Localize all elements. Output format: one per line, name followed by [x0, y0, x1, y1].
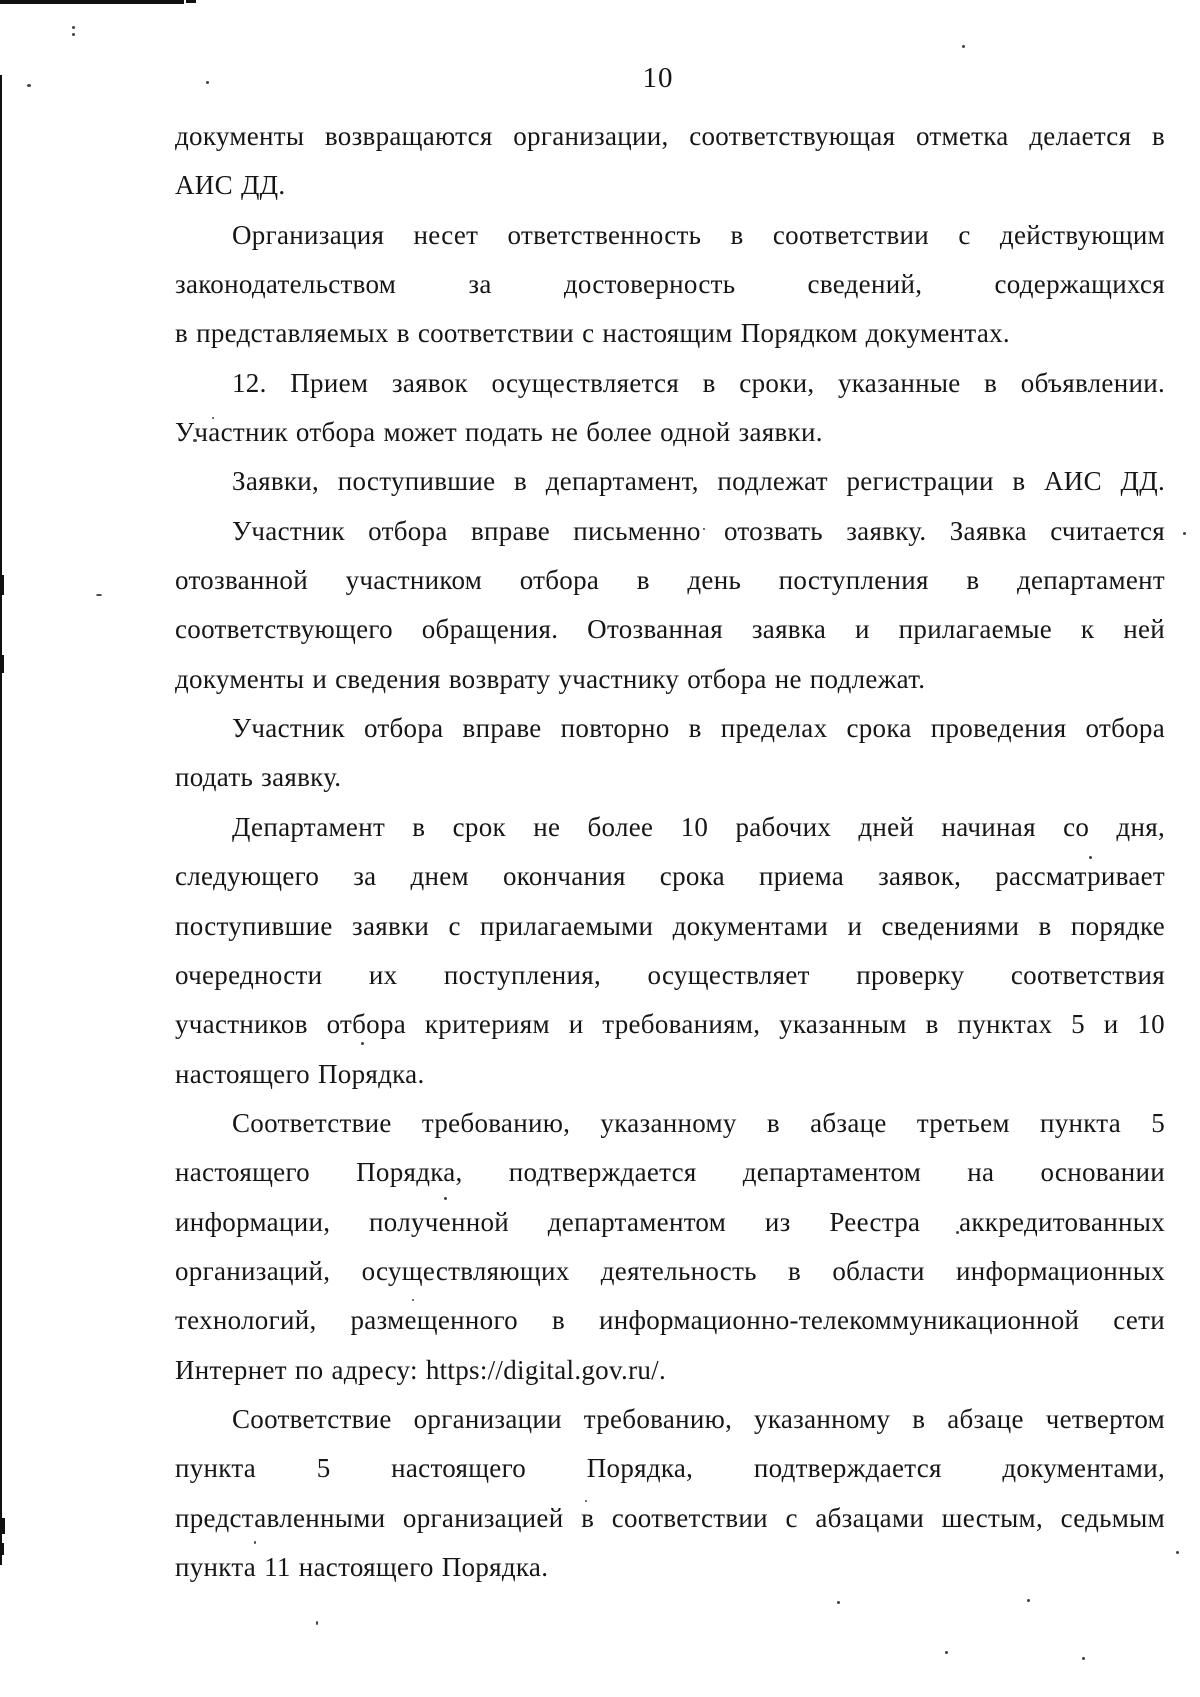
- scan-artifact-left-blob: [0, 1543, 4, 1555]
- document-text-block: документы возвращаются организации, соот…: [175, 112, 1165, 1592]
- text-line: документы и сведения возврату участнику …: [175, 655, 1165, 704]
- text-line: Заявки, поступившие в департамент, подле…: [175, 457, 1165, 506]
- text-line: пункта 11 настоящего Порядка.: [175, 1543, 1165, 1592]
- text-line: представленными организацией в соответст…: [175, 1494, 1165, 1543]
- text-line: участников отбора критериям и требования…: [175, 1000, 1165, 1049]
- text-line: Участник отбора вправе повторно в предел…: [175, 704, 1165, 753]
- scanned-document-page: { "doc": { "page_number": "10", "lines":…: [0, 0, 1200, 1697]
- text-line: Департамент в срок не более 10 рабочих д…: [175, 803, 1165, 852]
- text-line: следующего за днем окончания срока прием…: [175, 852, 1165, 901]
- scan-speck: [72, 26, 75, 29]
- scan-speck: [1183, 532, 1186, 535]
- scan-artifact-left-line: [0, 75, 2, 1565]
- text-line: Организация несет ответственность в соот…: [175, 211, 1165, 260]
- text-line: пункта 5 настоящего Порядка, подтверждае…: [175, 1444, 1165, 1493]
- scan-artifact-left-blob: [0, 575, 4, 595]
- scan-artifact-top-tick: [186, 0, 196, 3]
- scan-speck: [837, 1601, 840, 1604]
- scan-artifact-left-blob: [0, 655, 4, 673]
- scan-speck: [1082, 1657, 1085, 1660]
- page-number: 10: [0, 62, 1200, 95]
- text-line: подать заявку.: [175, 753, 1165, 802]
- text-line: Интернет по адресу: https://digital.gov.…: [175, 1346, 1165, 1395]
- text-line: организаций, осуществляющих деятельность…: [175, 1247, 1165, 1296]
- text-line: документы возвращаются организации, соот…: [175, 112, 1165, 161]
- scan-artifact-left-blob: [0, 1518, 5, 1534]
- text-line: Участник отбора вправе письменно отозват…: [175, 507, 1165, 556]
- text-line: в представляемых в соответствии с настоя…: [175, 309, 1165, 358]
- text-line: соответствующего обращения. Отозванная з…: [175, 605, 1165, 654]
- scan-speck: [1027, 1599, 1030, 1602]
- scan-speck: [96, 594, 102, 596]
- text-line: настоящего Порядка.: [175, 1050, 1165, 1099]
- scan-speck: [962, 45, 965, 48]
- scan-speck: [316, 1621, 318, 1625]
- text-line: информации, полученной департаментом из …: [175, 1198, 1165, 1247]
- text-line: очередности их поступления, осуществляет…: [175, 951, 1165, 1000]
- text-line: Соответствие требованию, указанному в аб…: [175, 1099, 1165, 1148]
- scan-artifact-top-line: [0, 0, 184, 4]
- scan-speck: [945, 1651, 948, 1654]
- text-line: поступившие заявки с прилагаемыми докуме…: [175, 902, 1165, 951]
- text-line: Соответствие организации требованию, ука…: [175, 1395, 1165, 1444]
- text-line: технологий, размещенного в информационно…: [175, 1296, 1165, 1345]
- scan-speck: [1176, 1551, 1179, 1554]
- text-line: 12. Прием заявок осуществляется в сроки,…: [175, 359, 1165, 408]
- text-line: настоящего Порядка, подтверждается депар…: [175, 1148, 1165, 1197]
- text-line: АИС ДД.: [175, 161, 1165, 210]
- text-line: Участник отбора может подать не более од…: [175, 408, 1165, 457]
- text-line: законодательством за достоверность сведе…: [175, 260, 1165, 309]
- text-line: отозванной участником отбора в день пост…: [175, 556, 1165, 605]
- scan-speck: [72, 33, 75, 36]
